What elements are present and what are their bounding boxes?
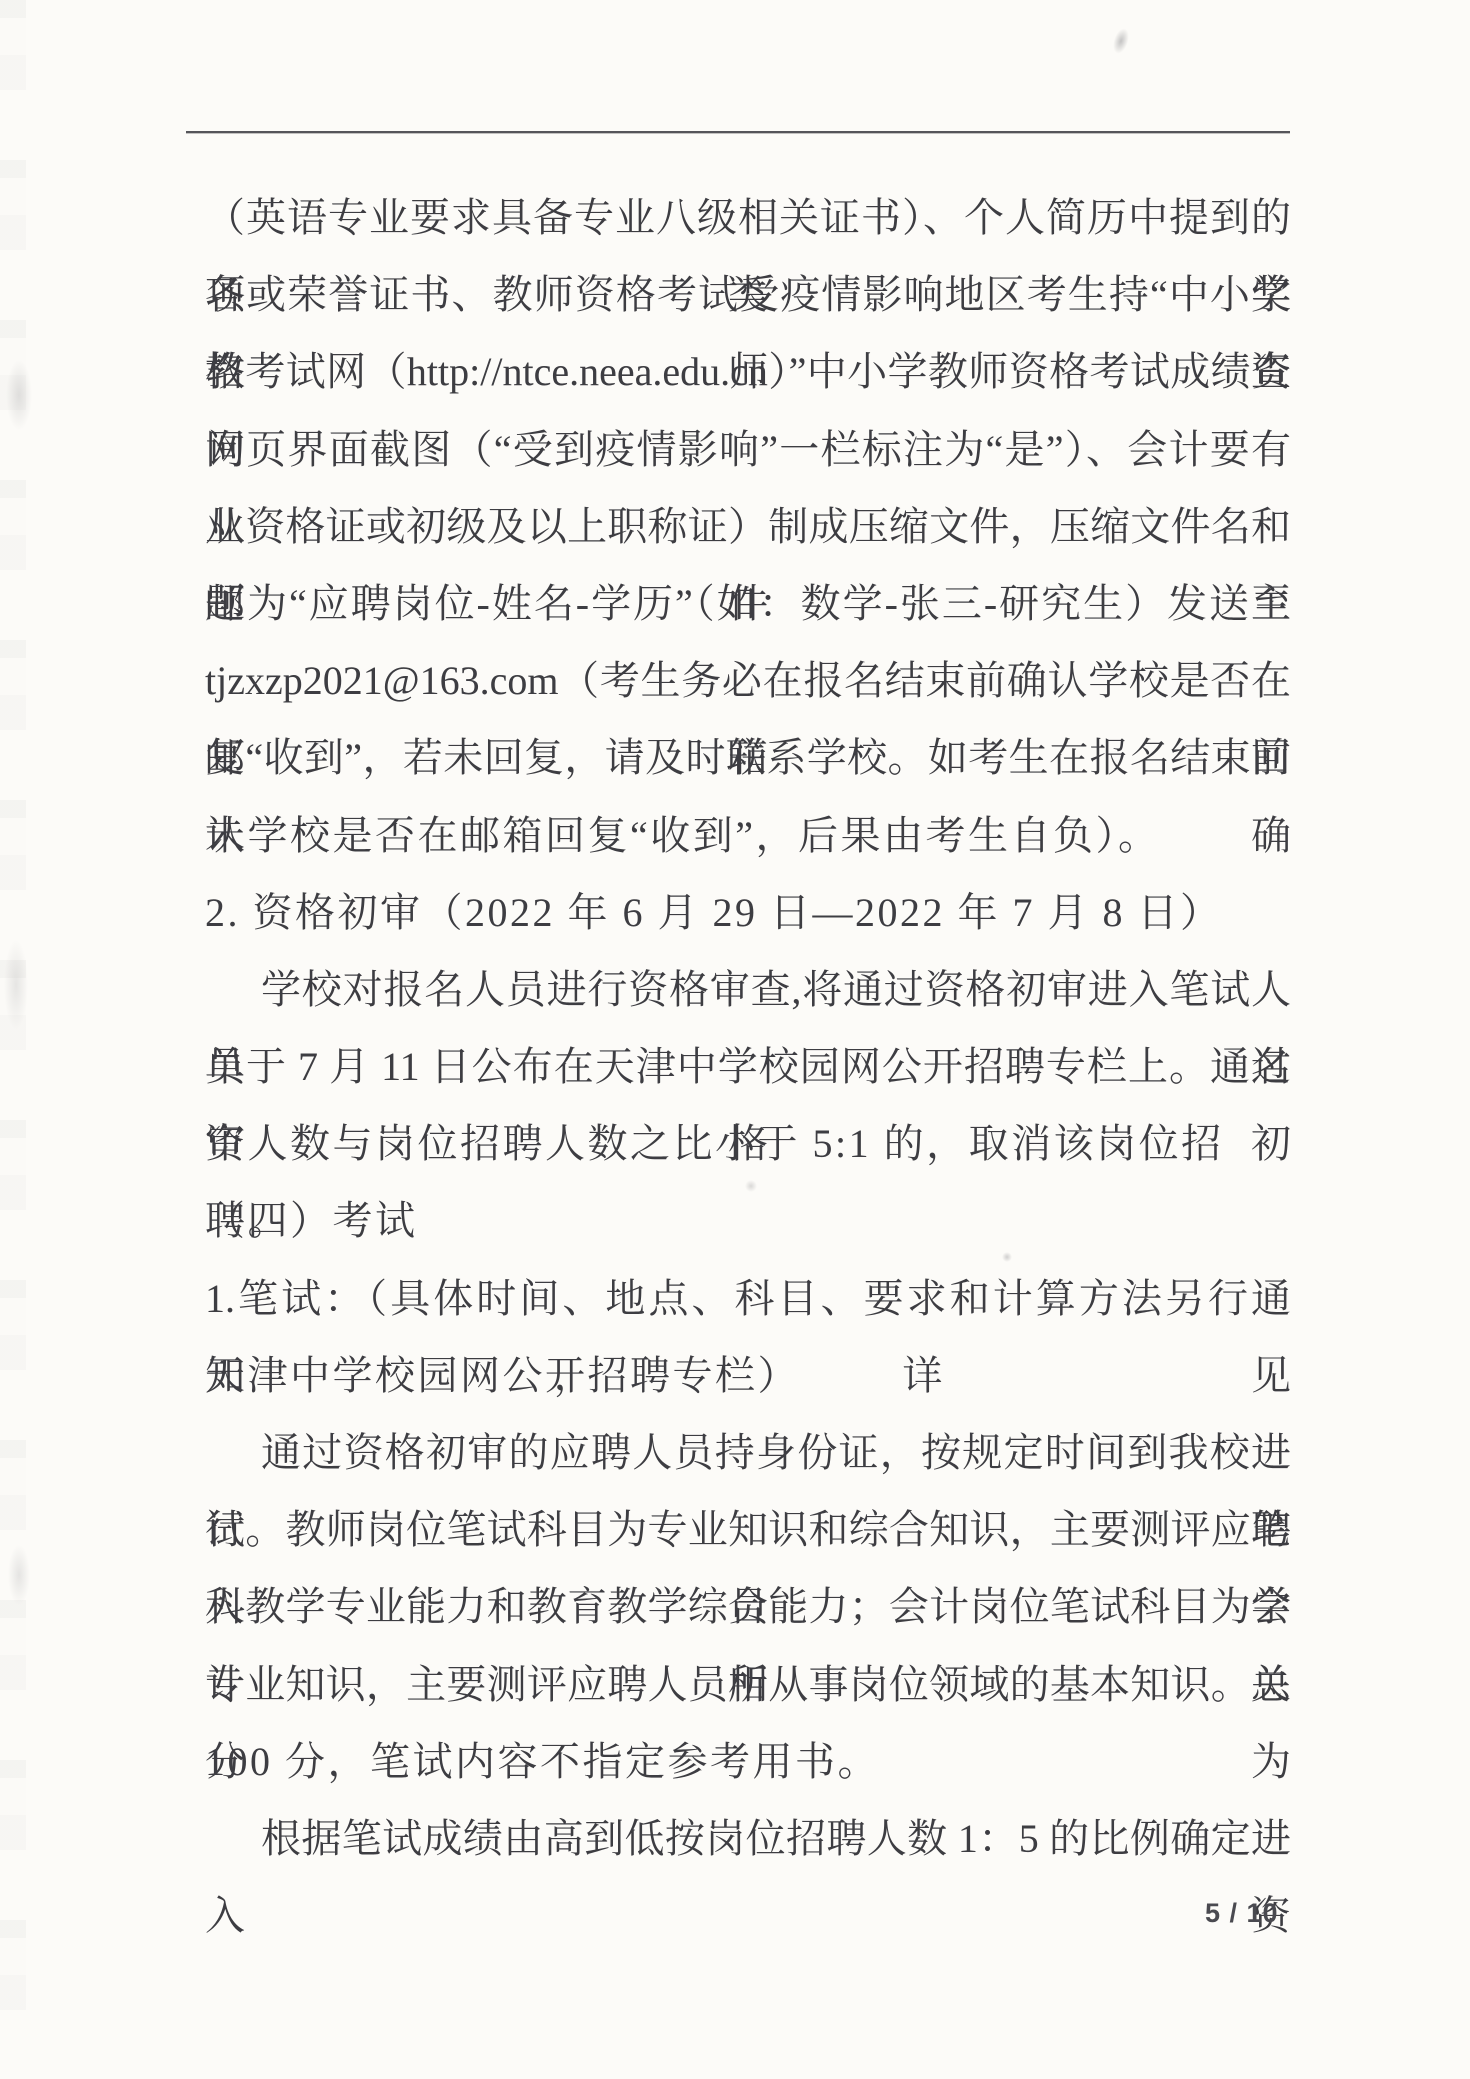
- section-heading-examination: （四）考试: [205, 1182, 1291, 1259]
- section-heading-qualification-review: 2. 资格初审（2022 年 6 月 29 日—2022 年 7 月 8 日）: [205, 874, 1291, 951]
- text-line: 试。教师岗位笔试科目为专业知识和综合知识，主要测评应聘人员学: [205, 1491, 1291, 1568]
- text-line: 审人数与岗位招聘人数之比小于 5:1 的，取消该岗位招聘。: [205, 1105, 1291, 1182]
- text-line: 复“收到”，若未回复，请及时联系学校。如考生在报名结束前未确: [205, 719, 1291, 796]
- text-line: 学校对报名人员进行资格审查,将通过资格初审进入笔试人员名: [205, 951, 1291, 1028]
- text-line: 专业知识，主要测评应聘人员所从事岗位领域的基本知识。总分为: [205, 1646, 1291, 1723]
- text-line: 根据笔试成绩由高到低按岗位招聘人数 1：5 的比例确定进入资: [205, 1800, 1291, 1877]
- text-line: 通过资格初审的应聘人员持身份证，按规定时间到我校进行笔: [205, 1414, 1291, 1491]
- scan-edge-noise: [0, 0, 26, 2079]
- page-number: 5 / 10: [1205, 1898, 1279, 1929]
- document-body: （英语专业要求具备专业八级相关证书）、个人简历中提到的各类奖 项或荣誉证书、教师…: [205, 179, 1291, 1877]
- section-heading-written-test: 1.笔试：（具体时间、地点、科目、要求和计算方法另行通知，详见: [205, 1260, 1291, 1337]
- text-line: 认学校是否在邮箱回复“收到”，后果由考生自负）。: [205, 797, 1291, 874]
- scanned-document-page: （英语专业要求具备专业八级相关证书）、个人简历中提到的各类奖 项或荣誉证书、教师…: [0, 0, 1470, 2079]
- text-line: 格考试网（http://ntce.neea.edu.cn）”中小学教师资格考试成…: [205, 333, 1291, 410]
- text-line: 单于 7 月 11 日公布在天津中学校园网公开招聘专栏上。通过资格初: [205, 1028, 1291, 1105]
- text-line: 科教学专业能力和教育教学综合能力；会计岗位笔试科目为会计相关: [205, 1568, 1291, 1645]
- text-line: 业资格证或初级及以上职称证）制成压缩文件，压缩文件名和邮件主: [205, 488, 1291, 565]
- text-line: tjzxzp2021@163.com（考生务必在报名结束前确认学校是否在邮箱回: [205, 642, 1291, 719]
- scan-artifact: [1110, 26, 1131, 55]
- header-rule: [186, 131, 1290, 133]
- text-line: 题为“应聘岗位-姓名-学历”（如：数学-张三-研究生）发送至: [205, 565, 1291, 642]
- text-line: 网页界面截图（“受到疫情影响”一栏标注为“是”）、会计要有从: [205, 411, 1291, 488]
- text-line: （英语专业要求具备专业八级相关证书）、个人简历中提到的各类奖: [205, 179, 1291, 256]
- text-line: 项或荣誉证书、教师资格考试受疫情影响地区考生持“中小学教师资: [205, 256, 1291, 333]
